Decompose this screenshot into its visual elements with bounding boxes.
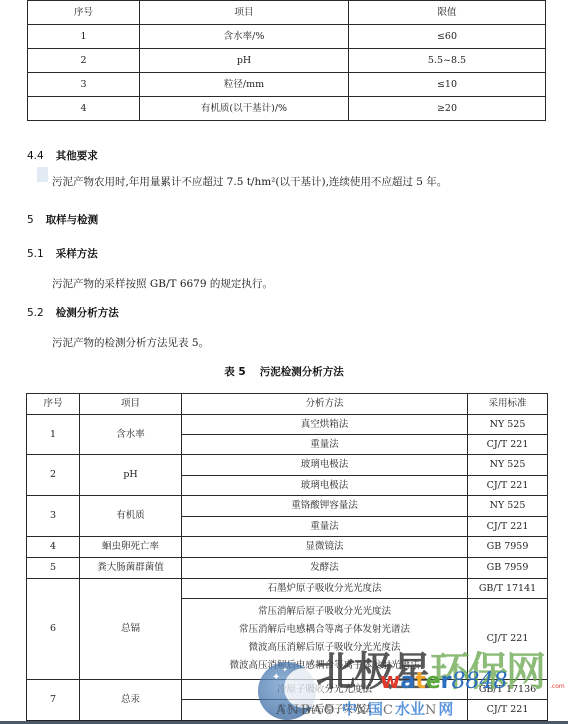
limits-table: 序号 项目 限值 1 含水率/% ≤60 2 pH 5.5~8.5 3 粒径/m… (27, 0, 546, 121)
cell-method: 重量法 (182, 435, 468, 455)
section-heading-5-1: 5.1采样方法 (27, 246, 98, 261)
cell-limit: ≥20 (349, 97, 546, 121)
cell-method: 玻璃电极法 (182, 455, 468, 476)
cell-item: 含水率/% (140, 25, 349, 49)
table-row: 2 pH 玻璃电极法 NY 525 (27, 455, 548, 476)
cell-no: 3 (27, 496, 80, 537)
method-line: 微波高压消解后电感耦合等离子体发射光谱法 (182, 657, 467, 675)
cell-item: 含水率 (80, 415, 182, 455)
cell-no: 4 (28, 97, 140, 121)
analysis-methods-table: 序号 项目 分析方法 采用标准 1 含水率 真空烘箱法 NY 525 重量法 C… (26, 393, 548, 722)
cell-method: 玻璃电极法 (182, 476, 468, 496)
cell-standard: NY 525 (468, 455, 548, 476)
cell-standard: NY 525 (468, 415, 548, 435)
cell-method: 重量法 (182, 517, 468, 537)
section-heading-5-2: 5.2检测分析方法 (27, 305, 119, 320)
header-standard: 采用标准 (468, 394, 548, 415)
paragraph-5-2: 污泥产物的检测分析方法见表 5。 (52, 335, 209, 350)
cell-limit: 5.5~8.5 (349, 49, 546, 73)
cell-item: 粒径/mm (140, 73, 349, 97)
header-method: 分析方法 (182, 394, 468, 415)
section-number: 4.4 (27, 150, 44, 162)
cell-method: 石墨炉原子吸收分光光度法 (182, 579, 468, 599)
watermark-com: .com (550, 683, 565, 690)
header-no: 序号 (28, 1, 140, 25)
cell-no: 1 (28, 25, 140, 49)
cell-item: 总镉 (80, 579, 182, 680)
cell-standard: GB 7959 (468, 558, 548, 579)
method-line: 常压消解后原子吸收分光光度法 (182, 603, 467, 621)
cell-no: 6 (27, 579, 80, 680)
table-header-row: 序号 项目 分析方法 采用标准 (27, 394, 548, 415)
section-number: 5.2 (27, 307, 44, 319)
cell-item: 有机质 (80, 496, 182, 537)
table-row: 3 有机质 重铬酸钾容量法 NY 525 (27, 496, 548, 517)
paragraph-5-1: 污泥产物的采样按照 GB/T 6679 的规定执行。 (52, 276, 273, 291)
cell-item: 蛔虫卵死亡率 (80, 537, 182, 558)
cell-standard: GB/T 17141 (468, 579, 548, 599)
header-item: 项目 (80, 394, 182, 415)
section-title: 检测分析方法 (56, 307, 119, 319)
table-row: 5 粪大肠菌群菌值 发酵法 GB 7959 (27, 558, 548, 579)
cell-item: pH (140, 49, 349, 73)
cell-method: 重铬酸钾容量法 (182, 496, 468, 517)
cell-item: pH (80, 455, 182, 496)
table-row: 4 蛔虫卵死亡率 显微镜法 GB 7959 (27, 537, 548, 558)
section-number: 5.1 (27, 248, 44, 260)
section-title: 取样与检测 (46, 214, 99, 226)
cell-item: 总汞 (80, 680, 182, 721)
paragraph-4-4: 污泥产物农用时,年用量累计不应超过 7.5 t/hm²(以干基计),连续使用不应… (52, 174, 447, 189)
cell-standard: NY 525 (468, 496, 548, 517)
table-row: 1 含水率 真空烘箱法 NY 525 (27, 415, 548, 435)
table-row: 7 总汞 冷原子吸收分光光度法 GB/T 17136 (27, 680, 548, 700)
cell-no: 4 (27, 537, 80, 558)
cell-no: 5 (27, 558, 80, 579)
cell-item: 粪大肠菌群菌值 (80, 558, 182, 579)
cell-method: 显微镜法 (182, 537, 468, 558)
cell-standard: CJ/T 221 (468, 435, 548, 455)
caption-title: 污泥检测分析方法 (260, 366, 344, 378)
cell-standard: GB/T 17136 (468, 680, 548, 700)
caption-number: 表 5 (224, 366, 245, 378)
cell-item: 有机质(以干基计)/% (140, 97, 349, 121)
cell-standard: CJ/T 221 (468, 476, 548, 496)
table-row: 2 pH 5.5~8.5 (28, 49, 546, 73)
cell-limit: ≤60 (349, 25, 546, 49)
cell-method: 常压消解后原子荧光法 (182, 700, 468, 721)
cell-standard: CJ/T 221 (468, 700, 548, 721)
header-limit: 限值 (349, 1, 546, 25)
cell-no: 1 (27, 415, 80, 455)
header-no: 序号 (27, 394, 80, 415)
section-number: 5 (27, 214, 34, 226)
cell-limit: ≤10 (349, 73, 546, 97)
table-caption: 表 5污泥检测分析方法 (0, 364, 568, 379)
cell-standard: CJ/T 221 (468, 517, 548, 537)
cell-standard: GB 7959 (468, 537, 548, 558)
header-item: 项目 (140, 1, 349, 25)
method-line: 常压消解后电感耦合等离子体发射光谱法 (182, 621, 467, 639)
section-heading-5: 5取样与检测 (27, 212, 98, 227)
section-heading-4-4: 4.4其他要求 (27, 148, 98, 163)
cell-standard: CJ/T 221 (468, 599, 548, 680)
table-header-row: 序号 项目 限值 (28, 1, 546, 25)
table-row: 6 总镉 石墨炉原子吸收分光光度法 GB/T 17141 (27, 579, 548, 599)
cell-no: 7 (27, 680, 80, 721)
section-title: 其他要求 (56, 150, 98, 162)
scan-artifact (37, 167, 48, 182)
cell-method: 冷原子吸收分光光度法 (182, 680, 468, 700)
cell-no: 2 (27, 455, 80, 496)
cell-no: 3 (28, 73, 140, 97)
cell-method-multi: 常压消解后原子吸收分光光度法 常压消解后电感耦合等离子体发射光谱法 微波高压消解… (182, 599, 468, 680)
table-row: 4 有机质(以干基计)/% ≥20 (28, 97, 546, 121)
cell-method: 发酵法 (182, 558, 468, 579)
table-row: 3 粒径/mm ≤10 (28, 73, 546, 97)
method-line: 微波高压消解后原子吸收分光光度法 (182, 639, 467, 657)
cell-no: 2 (28, 49, 140, 73)
table-row: 1 含水率/% ≤60 (28, 25, 546, 49)
cell-method: 真空烘箱法 (182, 415, 468, 435)
section-title: 采样方法 (56, 248, 98, 260)
